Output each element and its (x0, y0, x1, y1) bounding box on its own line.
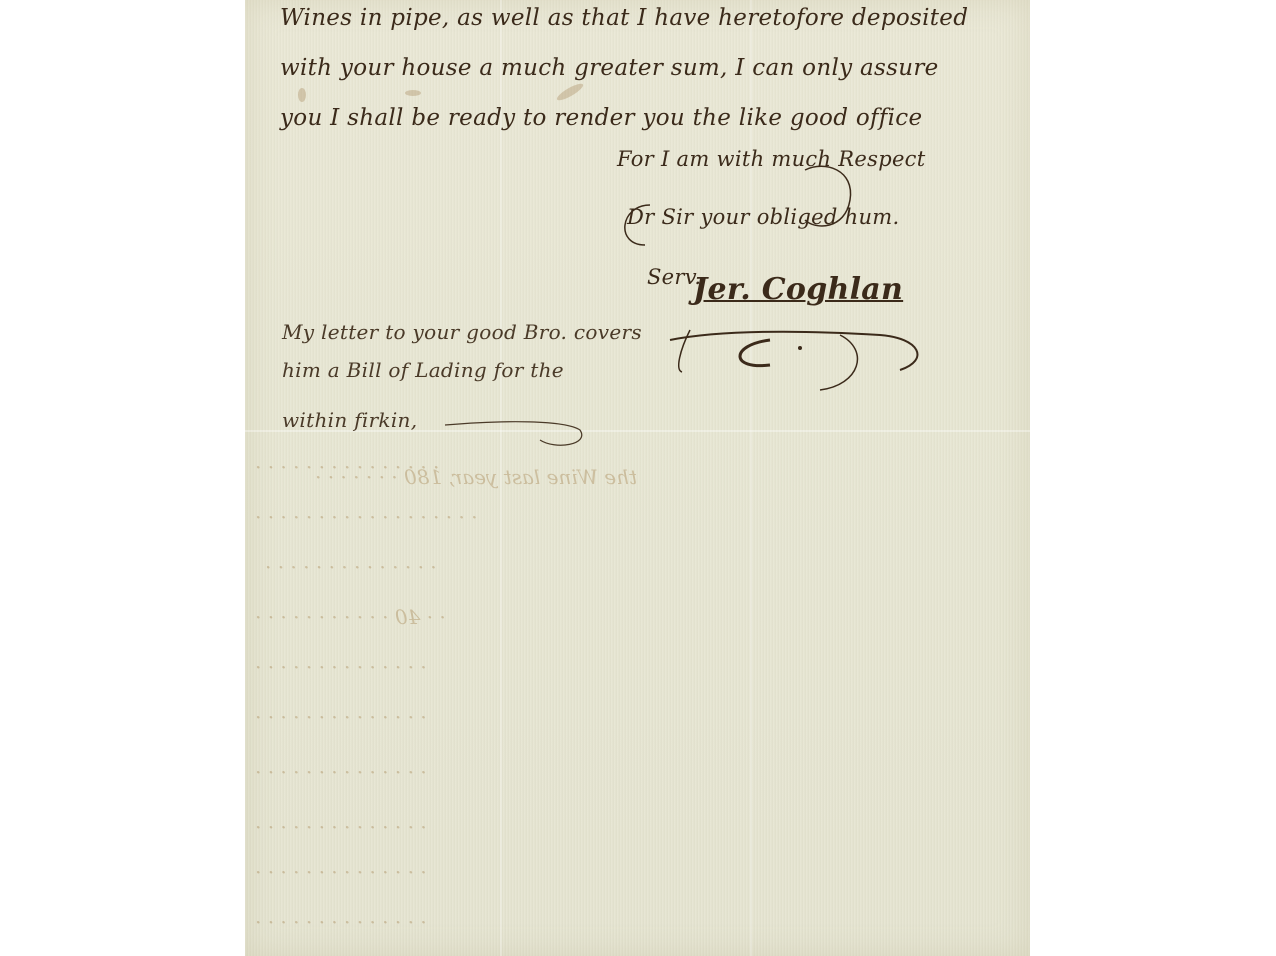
postscript-line: My letter to your good Bro. covers (282, 320, 642, 344)
bleed-through-line: · · · · · · · · · · · · · · (255, 705, 427, 729)
postscript-flourish-icon (445, 410, 595, 460)
bleed-through-line: · · · · · · · · · · · · · · (265, 555, 437, 579)
bleed-through-line: the Wine last year, 180 · · · · · · · (315, 465, 637, 489)
ink-stain (298, 88, 306, 102)
letter-body-line: Wines in pipe, as well as that I have he… (280, 5, 968, 31)
letter-body-line: with your house a much greater sum, I ca… (280, 55, 939, 81)
bleed-through-line: · · · · · · · · · · · · · · (255, 655, 427, 679)
bleed-through-line: · · · · · · · · · · · · · · (255, 910, 427, 934)
letter-body-line: you I shall be ready to render you the l… (280, 105, 922, 131)
closing-flourish-icon (785, 160, 865, 240)
bleed-through-line: · · · · · · · · · · · · · · (255, 815, 427, 839)
bleed-through-line: · · · · · · · · · · · · · · (255, 760, 427, 784)
letter-page: Wines in pipe, as well as that I have he… (245, 0, 1030, 956)
postscript-line: within firkin, (282, 408, 417, 432)
ink-stain (405, 90, 421, 96)
signature-flourish-icon (660, 300, 960, 400)
bleed-through-line: · · · · · · · · · · · · · · · · · · (255, 505, 478, 529)
closing-flourish-icon (615, 195, 675, 265)
paper-fold-vertical (750, 0, 752, 956)
bleed-through-line: · · 40 · · · · · · · · · · · (255, 605, 446, 629)
letter-closing-line: For I am with much Respect (617, 147, 925, 171)
bleed-through-line: · · · · · · · · · · · · · · (255, 860, 427, 884)
ink-stain (555, 81, 585, 103)
postscript-line: him a Bill of Lading for the (282, 358, 564, 382)
